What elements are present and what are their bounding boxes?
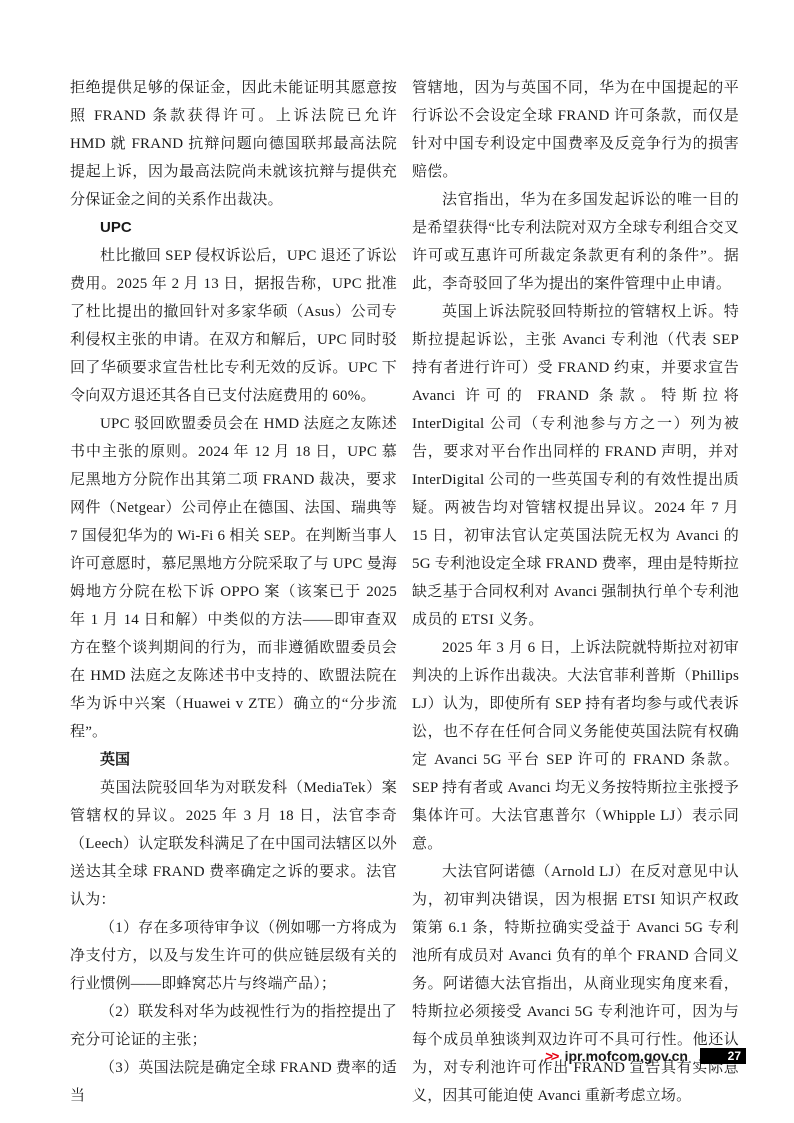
paragraph: 大法官阿诺德（Arnold LJ）在反对意见中认为，初审判决错误，因为根据 ET… bbox=[412, 858, 739, 1110]
page-footer: >> ipr.mofcom.gov.cn 27 bbox=[545, 1046, 746, 1066]
section-heading: 英国 bbox=[70, 746, 397, 774]
paragraph: 法官指出，华为在多国发起诉讼的唯一目的是希望获得“比专利法院对双方全球专利组合交… bbox=[412, 186, 739, 298]
document-page: 拒绝提供足够的保证金，因此未能证明其愿意按照 FRAND 条款获得许可。上诉法院… bbox=[0, 0, 794, 1123]
paragraph: （2）联发科对华为歧视性行为的指控提出了充分可论证的主张； bbox=[70, 998, 397, 1054]
section-heading: UPC bbox=[70, 214, 397, 242]
paragraph: （3）英国法院是确定全球 FRAND 费率的适当 bbox=[70, 1054, 397, 1110]
right-column: 管辖地，因为与英国不同，华为在中国提起的平行诉讼不会设定全球 FRAND 许可条… bbox=[412, 74, 739, 1110]
paragraph: 2025 年 3 月 6 日，上诉法院就特斯拉对初审判决的上诉作出裁决。大法官菲… bbox=[412, 634, 739, 858]
two-column-text-area: 拒绝提供足够的保证金，因此未能证明其愿意按照 FRAND 条款获得许可。上诉法院… bbox=[70, 74, 739, 1110]
page-number-badge: 27 bbox=[700, 1048, 746, 1064]
paragraph: UPC 驳回欧盟委员会在 HMD 法庭之友陈述书中主张的原则。2024 年 12… bbox=[70, 410, 397, 746]
paragraph: 管辖地，因为与英国不同，华为在中国提起的平行诉讼不会设定全球 FRAND 许可条… bbox=[412, 74, 739, 186]
paragraph: 拒绝提供足够的保证金，因此未能证明其愿意按照 FRAND 条款获得许可。上诉法院… bbox=[70, 74, 397, 214]
footer-site-url: ipr.mofcom.gov.cn bbox=[565, 1048, 688, 1064]
left-column: 拒绝提供足够的保证金，因此未能证明其愿意按照 FRAND 条款获得许可。上诉法院… bbox=[70, 74, 397, 1110]
paragraph: 英国法院驳回华为对联发科（MediaTek）案管辖权的异议。2025 年 3 月… bbox=[70, 774, 397, 914]
double-chevron-icon: >> bbox=[544, 1048, 559, 1064]
paragraph: （1）存在多项待审争议（例如哪一方将成为净支付方，以及与发生许可的供应链层级有关… bbox=[70, 914, 397, 998]
paragraph: 杜比撤回 SEP 侵权诉讼后，UPC 退还了诉讼费用。2025 年 2 月 13… bbox=[70, 242, 397, 410]
paragraph: 英国上诉法院驳回特斯拉的管辖权上诉。特斯拉提起诉讼，主张 Avanci 专利池（… bbox=[412, 298, 739, 634]
